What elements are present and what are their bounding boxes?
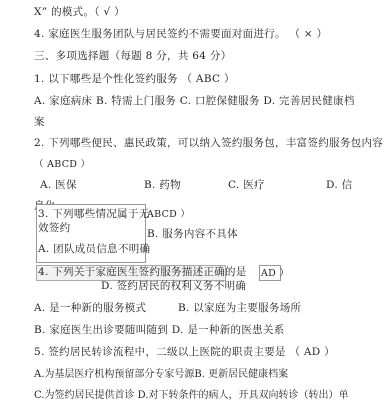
section-heading: 三、多项选择题（每题 8 分，共 64 分） bbox=[34, 50, 232, 63]
question-1-options: A. 家庭病床 B. 特需上门服务 C. 口腔保健服务 D. 完善居民健康档 bbox=[34, 95, 355, 108]
question-2-option-d: D. 信 bbox=[326, 179, 352, 192]
question-5-options-cd: C.为签约居民提供首诊 D.对下转条件的病人，开具双向转诊（转出）单 bbox=[34, 389, 349, 400]
question-2-option-a: A. 医保 bbox=[40, 179, 77, 192]
question-4-option-b: B. 以家庭为主要服务场所 bbox=[178, 302, 301, 315]
question-1: 1. 以下哪些是个性化签约服务 （ ABC ） bbox=[34, 73, 235, 86]
text-line: 4. 家庭医生服务团队与居民签约不需要面对面进行。 （ × ） bbox=[34, 28, 327, 41]
question-5-options-ab: A.为基层医疗机构预留部分专家号源B. 更新居民健康档案 bbox=[34, 368, 288, 381]
question-4: 4. 下列关于家庭医生签约服务描述正确的是 bbox=[38, 266, 247, 279]
question-2-option-b: B. 药物 bbox=[144, 179, 181, 192]
text-line: X” 的模式。（ √ ） bbox=[34, 6, 125, 19]
question-5: 5. 签约居民转诊流程中，二级以上医院的职责主要是 （ AD ） bbox=[34, 346, 335, 359]
question-1-options-wrap: 案 bbox=[34, 116, 45, 129]
question-4-answer: AD ） bbox=[261, 267, 289, 280]
question-3-option-a: A. 团队成员信息不明确 bbox=[38, 243, 150, 256]
question-4-answer-box: AD ） bbox=[259, 265, 281, 281]
question-4-option-a: A. 是一种新的服务模式 bbox=[34, 302, 146, 315]
question-3-line1: 3. 下列哪些情况属于无 bbox=[38, 208, 149, 221]
question-3-line2: 效签约 bbox=[38, 222, 70, 235]
question-2-option-c: C. 医疗 bbox=[228, 179, 265, 192]
question-3-option-b: B. 服务内容不具体 bbox=[147, 228, 238, 241]
question-3-option-d: D. 签约居民的权利义务不明确 bbox=[101, 280, 246, 293]
question-3-textbox: 3. 下列哪些情况属于无 效签约 A. 团队成员信息不明确 bbox=[36, 204, 146, 263]
question-2: 2. 下列哪些便民、惠民政策，可以纳入签约服务包，丰富签约服务包内容 bbox=[34, 137, 383, 150]
question-2-answer: （ ABCD ） bbox=[34, 158, 90, 171]
question-4-textbox: 4. 下列关于家庭医生签约服务描述正确的是 bbox=[36, 265, 226, 281]
question-4-options-cd: B. 家庭医生出诊要随叫随到 D. 是一种新的医患关系 bbox=[34, 324, 285, 337]
question-3-answer: ABCD ） bbox=[147, 208, 190, 221]
